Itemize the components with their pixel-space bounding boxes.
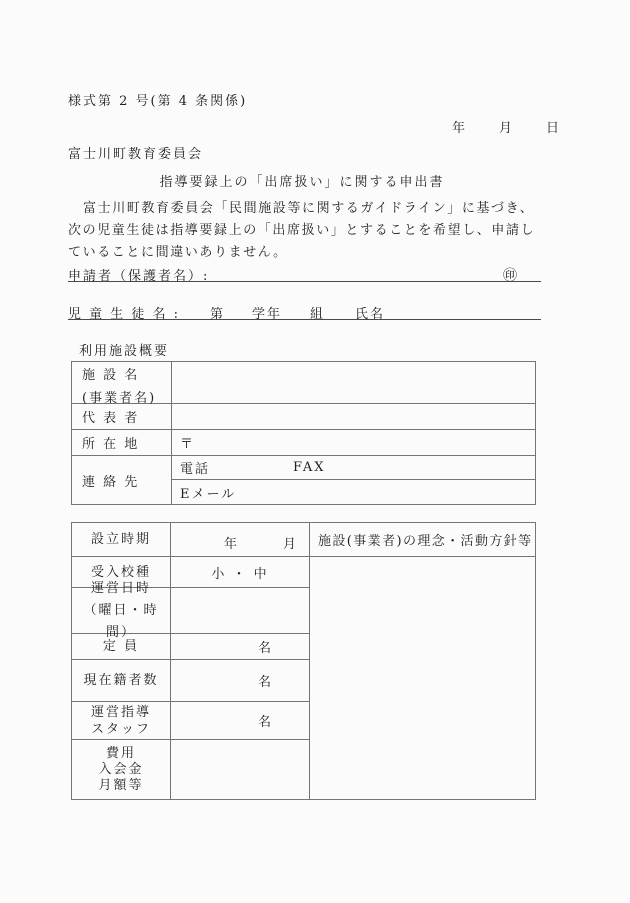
location-label-cell: 所 在 地	[72, 430, 172, 456]
body-line-3: ていることに間違いありません。	[68, 242, 542, 264]
fees-label-cell: 費用 入会金 月額等	[72, 740, 171, 799]
staff-value-cell: 名	[171, 702, 310, 740]
name-label: 氏名	[355, 303, 385, 322]
email-label: Eメール	[180, 483, 236, 502]
hours-label-cell: 運営日時 （曜日・時間）	[72, 588, 171, 634]
date-month-label: 月	[499, 117, 514, 136]
date-line: 年 月 日	[452, 117, 561, 136]
hours-value-cell	[171, 588, 310, 634]
accepted-schools-value-cell: 小 ・ 中	[171, 557, 310, 588]
document-title: 指導要録上の「出席扱い」に関する申出書	[68, 171, 536, 190]
seal-stamp-mark: ㊞	[503, 265, 517, 285]
established-year-label: 年	[224, 533, 239, 552]
date-year-label: 年	[452, 117, 467, 136]
established-value-cell: 年 月	[171, 523, 310, 557]
facility-name-label-cell: 施 設 名 (事業者名)	[72, 362, 172, 404]
applicant-label: 申請者（保護者名）:	[68, 269, 209, 284]
enrollment-value-cell: 名	[171, 660, 310, 702]
capacity-label-cell: 定 員	[72, 634, 171, 660]
representative-label-cell: 代 表 者	[72, 404, 172, 430]
representative-value-cell	[172, 404, 535, 430]
facility-name-value-cell	[172, 362, 535, 404]
application-form-page: 様式第 2 号(第 4 条関係) 年 月 日 富士川町教育委員会 指導要録上の「…	[0, 0, 630, 903]
phone-fax-cell: 電話 FAX	[172, 456, 535, 480]
fees-label: 費用	[106, 746, 136, 762]
fees-value-cell	[171, 740, 310, 799]
representative-label: 代 表 者	[82, 407, 171, 426]
established-label: 設立時期	[91, 531, 151, 548]
philosophy-content-cell	[310, 557, 535, 799]
body-line-2: 次の児童生徒は指導要録上の「出席扱い」とすることを希望し、申請し	[68, 220, 542, 242]
contact-label: 連 絡 先	[82, 471, 171, 490]
capacity-label: 定 員	[103, 638, 139, 655]
enrollment-label-cell: 現在籍者数	[72, 660, 171, 702]
established-label-cell: 設立時期	[72, 523, 171, 557]
hours-label: 運営日時	[91, 578, 151, 600]
overview-table: 設立時期 年 月 施設(事業者)の理念・活動方針等 受入校種 小 ・ 中 運営日…	[71, 522, 536, 800]
phone-label: 電話	[180, 458, 210, 477]
staff-sublabel: スタッフ	[91, 721, 151, 738]
student-label: 児 童 生 徒 名 :	[68, 307, 180, 322]
facility-table: 施 設 名 (事業者名) 代 表 者 所 在 地 〒 連 絡 先 電話 FAX …	[71, 361, 536, 505]
accepted-schools-value: 小 ・ 中	[211, 563, 268, 582]
location-value-cell: 〒	[172, 430, 535, 456]
student-name-line: 児 童 生 徒 名 : 第 学年 組 氏名	[68, 303, 541, 320]
facility-name-label: 施 設 名	[82, 364, 171, 387]
staff-label: 運営指導	[91, 704, 151, 721]
capacity-value-cell: 名	[171, 634, 310, 660]
email-cell: Eメール	[172, 480, 535, 504]
date-day-label: 日	[546, 117, 561, 136]
philosophy-header-cell: 施設(事業者)の理念・活動方針等	[310, 523, 535, 557]
fees-sublabel-1: 入会金	[98, 762, 143, 778]
location-label: 所 在 地	[82, 433, 171, 452]
fax-label: FAX	[293, 460, 326, 475]
staff-unit: 名	[258, 711, 273, 730]
body-line-1: 富士川町教育委員会「民間施設等に関するガイドライン」に基づき、	[68, 198, 542, 220]
grade-prefix-label: 第	[210, 303, 225, 322]
fees-sublabel-2: 月額等	[98, 778, 143, 794]
enrollment-label: 現在籍者数	[83, 672, 158, 689]
contact-label-cell: 連 絡 先	[72, 456, 172, 504]
capacity-unit: 名	[258, 637, 273, 656]
addressee: 富士川町教育委員会	[68, 143, 203, 162]
form-number: 様式第 2 号(第 4 条関係)	[68, 90, 247, 109]
established-month-label: 月	[283, 533, 298, 552]
class-label: 組	[310, 303, 325, 322]
staff-label-cell: 運営指導 スタッフ	[72, 702, 171, 740]
postal-mark: 〒	[180, 433, 195, 452]
body-paragraph: 富士川町教育委員会「民間施設等に関するガイドライン」に基づき、 次の児童生徒は指…	[68, 198, 542, 264]
enrollment-unit: 名	[258, 671, 273, 690]
applicant-signature-line: 申請者（保護者名）: ㊞	[68, 265, 541, 282]
facility-table-caption: 利用施設概要	[79, 340, 169, 359]
grade-label: 学年	[252, 303, 282, 322]
